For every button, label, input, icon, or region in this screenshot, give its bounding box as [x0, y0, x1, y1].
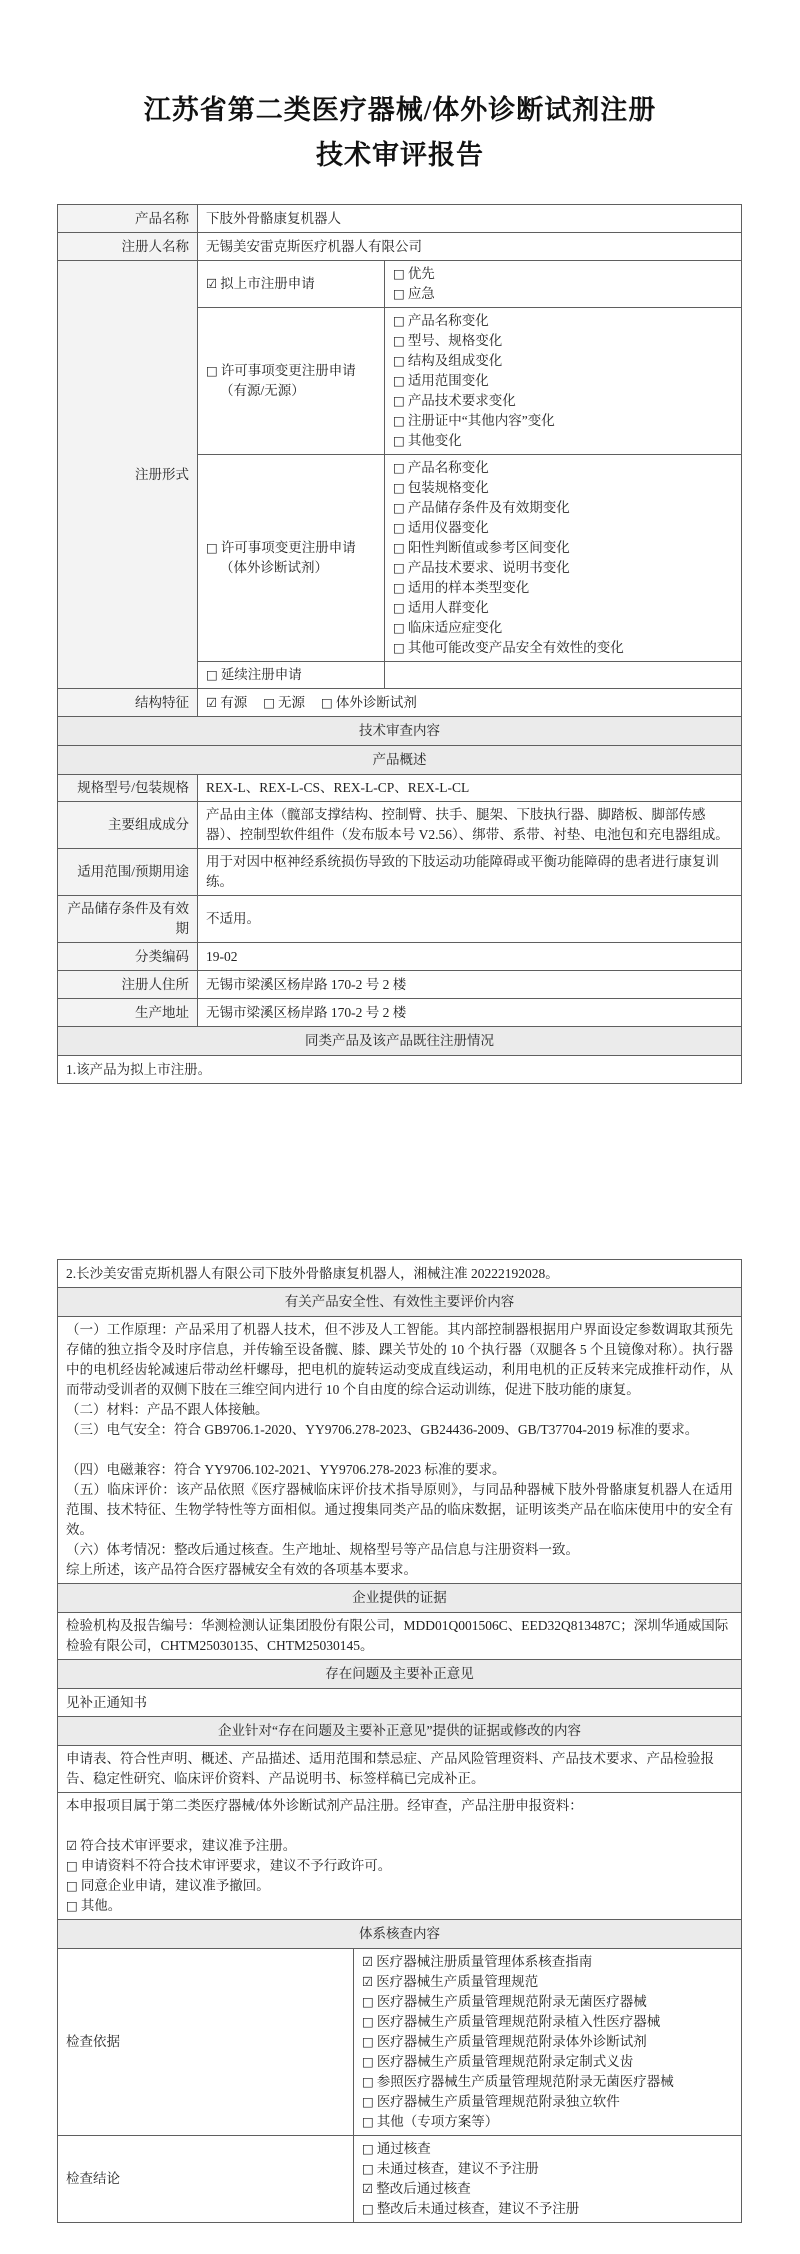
unchecked-checkbox-item: □产品储存条件及有效期变化 — [393, 498, 733, 518]
checkbox-icon: □ — [393, 393, 405, 408]
unchecked-checkbox-item: □产品技术要求变化 — [393, 391, 733, 411]
unchecked-checkbox-item: □参照医疗器械生产质量管理规范附录无菌医疗器械 — [362, 2072, 733, 2092]
page-title-line1: 江苏省第二类医疗器械/体外诊断试剂注册 — [0, 88, 800, 133]
checkbox-icon: □ — [66, 1858, 78, 1873]
issues-text: 见补正通知书 — [58, 1689, 742, 1717]
checkbox-label: 结构及组成变化 — [408, 353, 503, 368]
checkbox-label: 应急 — [408, 286, 435, 301]
unchecked-checkbox-item: □适用人群变化 — [393, 598, 733, 618]
unchecked-checkbox-item: □未通过核查，建议不予注册 — [362, 2159, 733, 2179]
inspection-conclusion-options: □通过核查□未通过核查，建议不予注册☑整改后通过核查□整改后未通过核查，建议不予… — [354, 2136, 742, 2223]
checkbox-label: 型号、规格变化 — [408, 333, 503, 348]
checkbox-icon: □ — [206, 667, 218, 682]
table-row: 结构特征 ☑有源□无源□体外诊断试剂 — [58, 689, 742, 717]
table-row: 本申报项目属于第二类医疗器械/体外诊断试剂产品注册。经审查，产品注册申报资料： … — [58, 1793, 742, 1920]
unchecked-checkbox-item: □产品名称变化 — [393, 458, 733, 478]
section-header-product-overview: 产品概述 — [58, 746, 742, 775]
checkbox-icon: □ — [362, 2014, 374, 2029]
unchecked-checkbox-item: □医疗器械生产质量管理规范附录植入性医疗器械 — [362, 2012, 733, 2032]
checkbox-label: 医疗器械生产质量管理规范 — [376, 1974, 538, 1989]
unchecked-checkbox-item: □申请资料不符合技术审评要求，建议不予行政许可。 — [66, 1856, 733, 1876]
structure-feature-options: ☑有源□无源□体外诊断试剂 — [198, 689, 742, 717]
table-row: 企业针对“存在问题及主要补正意见”提供的证据或修改的内容 — [58, 1717, 742, 1746]
paragraph: （三）电气安全：符合 GB9706.1-2020、YY9706.278-2023… — [66, 1420, 733, 1440]
unchecked-checkbox-item: □医疗器械生产质量管理规范附录体外诊断试剂 — [362, 2032, 733, 2052]
checkbox-icon: □ — [321, 695, 333, 710]
table-row: 企业提供的证据 — [58, 1584, 742, 1613]
section-header-safety-evaluation: 有关产品安全性、有效性主要评价内容 — [58, 1288, 742, 1317]
registration-info-table: 产品名称 下肢外骨骼康复机器人 注册人名称 无锡美安雷克斯医疗机器人有限公司 注… — [57, 204, 742, 1084]
registrant-name-label: 注册人名称 — [58, 233, 198, 261]
checkbox-icon: □ — [66, 1898, 78, 1913]
checkbox-icon: □ — [362, 1994, 374, 2009]
table-row: 产品储存条件及有效期 不适用。 — [58, 896, 742, 943]
change-active-title: □许可事项变更注册申请 — [206, 361, 376, 381]
change-active-options-cell: □产品名称变化□型号、规格变化□结构及组成变化□适用范围变化□产品技术要求变化□… — [385, 308, 742, 455]
checkbox-icon: □ — [362, 2141, 374, 2156]
checkbox-label: 无源 — [278, 695, 305, 710]
table-row: 适用范围/预期用途 用于对因中枢神经系统损伤导致的下肢运动功能障碍或平衡功能障碍… — [58, 849, 742, 896]
table-row: 产品名称 下肢外骨骼康复机器人 — [58, 205, 742, 233]
checkbox-label: 产品名称变化 — [408, 460, 489, 475]
table-row: 有关产品安全性、有效性主要评价内容 — [58, 1288, 742, 1317]
table-row: 分类编码 19-02 — [58, 943, 742, 971]
checkbox-icon: □ — [263, 695, 275, 710]
section-header-enterprise-evidence: 企业提供的证据 — [58, 1584, 742, 1613]
class-code-value: 19-02 — [198, 943, 742, 971]
unchecked-checkbox-item: □无源 — [263, 693, 305, 713]
checkbox-label: 包装规格变化 — [408, 480, 489, 495]
checked-checkbox-item: ☑医疗器械生产质量管理规范 — [362, 1972, 733, 1992]
checkbox-label: 医疗器械生产质量管理规范附录植入性医疗器械 — [377, 2014, 661, 2029]
table-row: 规格型号/包装规格 REX-L、REX-L-CS、REX-L-CP、REX-L-… — [58, 775, 742, 802]
checkbox-label: 延续注册申请 — [221, 667, 302, 682]
checkbox-label: 适用范围变化 — [408, 373, 489, 388]
checkbox-label: 符合技术审评要求，建议准予注册。 — [80, 1838, 296, 1853]
checkbox-label: 医疗器械生产质量管理规范附录独立软件 — [377, 2094, 620, 2109]
checkbox-icon: □ — [362, 2074, 374, 2089]
paragraph: （二）材料：产品不跟人体接触。 — [66, 1400, 733, 1420]
inspection-conclusion-label: 检查结论 — [58, 2136, 354, 2223]
storage-label: 产品储存条件及有效期 — [58, 896, 198, 943]
unchecked-checkbox-item: □通过核查 — [362, 2139, 733, 2159]
checkbox-label: 许可事项变更注册申请 — [221, 540, 356, 555]
structure-feature-label: 结构特征 — [58, 689, 198, 717]
unchecked-checkbox-item: □产品名称变化 — [393, 311, 733, 331]
unchecked-checkbox-item: □其他。 — [66, 1896, 733, 1916]
checkbox-label: 产品储存条件及有效期变化 — [408, 500, 570, 515]
checkbox-icon: □ — [393, 640, 405, 655]
checkbox-icon: □ — [362, 2034, 374, 2049]
table-row: 见补正通知书 — [58, 1689, 742, 1717]
checkbox-label: 产品技术要求变化 — [408, 393, 516, 408]
unchecked-checkbox-item: □注册证中“其他内容”变化 — [393, 411, 733, 431]
checkbox-label: 体外诊断试剂 — [336, 695, 417, 710]
checkbox-label: 其他可能改变产品安全有效性的变化 — [408, 640, 624, 655]
registrant-address-label: 注册人住所 — [58, 971, 198, 999]
paragraph: （六）体考情况：整改后通过核查。生产地址、规格型号等产品信息与注册资料一致。 — [66, 1540, 733, 1560]
checkbox-label: 其他（专项方案等） — [377, 2114, 499, 2129]
unchecked-checkbox-item: □医疗器械生产质量管理规范附录定制式义齿 — [362, 2052, 733, 2072]
checkbox-label: 医疗器械生产质量管理规范附录定制式义齿 — [377, 2054, 634, 2069]
checkbox-label: 拟上市注册申请 — [220, 276, 315, 291]
checkbox-label: 优先 — [408, 266, 435, 281]
checkbox-icon: □ — [393, 500, 405, 515]
review-conclusion-intro: 本申报项目属于第二类医疗器械/体外诊断试剂产品注册。经审查，产品注册申报资料： — [66, 1796, 733, 1816]
section-header-prior-registration: 同类产品及该产品既往注册情况 — [58, 1027, 742, 1056]
registration-form-label: 注册形式 — [58, 261, 198, 689]
checkbox-label: 其他。 — [81, 1898, 122, 1913]
checkbox-label: 医疗器械生产质量管理规范附录体外诊断试剂 — [377, 2034, 647, 2049]
class-code-label: 分类编码 — [58, 943, 198, 971]
review-conclusion-cell: 本申报项目属于第二类医疗器械/体外诊断试剂产品注册。经审查，产品注册申报资料： … — [58, 1793, 742, 1920]
checkbox-icon: □ — [362, 2094, 374, 2109]
reg-form-renewal-empty-cell — [385, 662, 742, 689]
section-header-issues: 存在问题及主要补正意见 — [58, 1660, 742, 1689]
spec-model-label: 规格型号/包装规格 — [58, 775, 198, 802]
unchecked-checkbox-item: □整改后未通过核查，建议不予注册 — [362, 2199, 733, 2219]
unchecked-checkbox-item: □产品技术要求、说明书变化 — [393, 558, 733, 578]
checkbox-icon: □ — [393, 333, 405, 348]
checkbox-icon: □ — [393, 373, 405, 388]
table-row: 体系核查内容 — [58, 1920, 742, 1949]
checked-checkbox-icon: ☑ — [206, 695, 217, 710]
paragraph: （一）工作原理：产品采用了机器人技术，但不涉及人工智能。其内部控制器根据用户界面… — [66, 1320, 733, 1400]
checkbox-label: 医疗器械生产质量管理规范附录无菌医疗器械 — [377, 1994, 647, 2009]
section-header-system-inspection: 体系核查内容 — [58, 1920, 742, 1949]
checkbox-icon: □ — [393, 520, 405, 535]
unchecked-checkbox-item: □许可事项变更注册申请 — [206, 361, 376, 381]
unchecked-checkbox-item: □临床适应症变化 — [393, 618, 733, 638]
checkbox-label: 通过核查 — [377, 2141, 431, 2156]
checkbox-label: 许可事项变更注册申请 — [221, 363, 356, 378]
unchecked-checkbox-item: □适用范围变化 — [393, 371, 733, 391]
table-row: 主要组成成分 产品由主体（髋部支撑结构、控制臂、扶手、腿架、下肢执行器、脚踏板、… — [58, 802, 742, 849]
checkbox-icon: □ — [393, 266, 405, 281]
checkbox-label: 适用的样本类型变化 — [408, 580, 530, 595]
paragraph: 综上所述，该产品符合医疗器械安全有效的各项基本要求。 — [66, 1560, 733, 1580]
scope-label: 适用范围/预期用途 — [58, 849, 198, 896]
registrant-address-value: 无锡市梁溪区杨岸路 170-2 号 2 楼 — [198, 971, 742, 999]
review-conclusion-options: ☑符合技术审评要求，建议准予注册。□申请资料不符合技术审评要求，建议不予行政许可… — [66, 1836, 733, 1916]
page-title: 江苏省第二类医疗器械/体外诊断试剂注册 技术审评报告 — [0, 88, 800, 178]
checkbox-icon: □ — [393, 286, 405, 301]
components-label: 主要组成成分 — [58, 802, 198, 849]
table-row: 生产地址 无锡市梁溪区杨岸路 170-2 号 2 楼 — [58, 999, 742, 1027]
table-row: 1.该产品为拟上市注册。 — [58, 1056, 742, 1084]
table-row: 注册人名称 无锡美安雷克斯医疗机器人有限公司 — [58, 233, 742, 261]
unchecked-checkbox-item: □其他变化 — [393, 431, 733, 451]
checked-checkbox-item: ☑拟上市注册申请 — [206, 274, 376, 294]
unchecked-checkbox-item: □包装规格变化 — [393, 478, 733, 498]
checkbox-label: 产品名称变化 — [408, 313, 489, 328]
checkbox-icon: □ — [393, 580, 405, 595]
section-header-enterprise-response: 企业针对“存在问题及主要补正意见”提供的证据或修改的内容 — [58, 1717, 742, 1746]
checkbox-label: 阳性判断值或参考区间变化 — [408, 540, 570, 555]
registrant-name-value: 无锡美安雷克斯医疗机器人有限公司 — [198, 233, 742, 261]
unchecked-checkbox-item: □优先 — [393, 264, 733, 284]
reg-form-change-active-cell: □许可事项变更注册申请 （有源/无源） — [198, 308, 385, 455]
checkbox-label: 临床适应症变化 — [408, 620, 503, 635]
unchecked-checkbox-item: □适用仪器变化 — [393, 518, 733, 538]
inspection-basis-options: ☑医疗器械注册质量管理体系核查指南☑医疗器械生产质量管理规范□医疗器械生产质量管… — [354, 1949, 742, 2136]
unchecked-checkbox-item: □阳性判断值或参考区间变化 — [393, 538, 733, 558]
checkbox-label: 参照医疗器械生产质量管理规范附录无菌医疗器械 — [377, 2074, 674, 2089]
checked-checkbox-icon: ☑ — [362, 1974, 373, 1989]
checkbox-icon: □ — [66, 1878, 78, 1893]
table-row: 检查依据 ☑医疗器械注册质量管理体系核查指南☑医疗器械生产质量管理规范□医疗器械… — [58, 1949, 742, 2136]
checkbox-icon: □ — [206, 540, 218, 555]
checkbox-icon: □ — [393, 460, 405, 475]
checkbox-label: 适用仪器变化 — [408, 520, 489, 535]
production-address-value: 无锡市梁溪区杨岸路 170-2 号 2 楼 — [198, 999, 742, 1027]
product-name-label: 产品名称 — [58, 205, 198, 233]
checkbox-label: 医疗器械注册质量管理体系核查指南 — [376, 1954, 592, 1969]
reg-form-proposed-cell: ☑拟上市注册申请 — [198, 261, 385, 308]
checkbox-icon: □ — [393, 413, 405, 428]
reg-form-change-ivd-cell: □许可事项变更注册申请 （体外诊断试剂） — [198, 455, 385, 662]
checked-checkbox-icon: ☑ — [206, 276, 217, 291]
checkbox-label: 整改后未通过核查，建议不予注册 — [377, 2201, 580, 2216]
checkbox-icon: □ — [362, 2161, 374, 2176]
checked-checkbox-item: ☑整改后通过核查 — [362, 2179, 733, 2199]
prior-registration-note-1: 1.该产品为拟上市注册。 — [58, 1056, 742, 1084]
unchecked-checkbox-item: □型号、规格变化 — [393, 331, 733, 351]
checked-checkbox-icon: ☑ — [362, 2181, 373, 2196]
enterprise-response-text: 申请表、符合性声明、概述、产品描述、适用范围和禁忌症、产品风险管理资料、产品技术… — [58, 1746, 742, 1793]
checkbox-icon: □ — [393, 560, 405, 575]
checkbox-label: 其他变化 — [408, 433, 462, 448]
table-row: 2.长沙美安雷克斯机器人有限公司下肢外骨骼康复机器人，湘械注准 20222192… — [58, 1260, 742, 1288]
table-row: 注册人住所 无锡市梁溪区杨岸路 170-2 号 2 楼 — [58, 971, 742, 999]
checkbox-label: 申请资料不符合技术审评要求，建议不予行政许可。 — [81, 1858, 392, 1873]
unchecked-checkbox-item: □其他（专项方案等） — [362, 2112, 733, 2132]
safety-evaluation-content: （一）工作原理：产品采用了机器人技术，但不涉及人工智能。其内部控制器根据用户界面… — [58, 1317, 742, 1584]
checked-checkbox-item: ☑符合技术审评要求，建议准予注册。 — [66, 1836, 733, 1856]
checkbox-icon: □ — [393, 313, 405, 328]
section-header-technical-review: 技术审查内容 — [58, 717, 742, 746]
unchecked-checkbox-item: □其他可能改变产品安全有效性的变化 — [393, 638, 733, 658]
checked-checkbox-icon: ☑ — [66, 1838, 77, 1853]
spacer — [66, 1816, 733, 1836]
components-value: 产品由主体（髋部支撑结构、控制臂、扶手、腿架、下肢执行器、脚踏板、脚部传感器）、… — [198, 802, 742, 849]
unchecked-checkbox-item: □应急 — [393, 284, 733, 304]
checked-checkbox-item: ☑医疗器械注册质量管理体系核查指南 — [362, 1952, 733, 1972]
paragraph: （五）临床评价：该产品依照《医疗器械临床评价技术指导原则》，与同品种器械下肢外骨… — [66, 1480, 733, 1540]
unchecked-checkbox-item: □结构及组成变化 — [393, 351, 733, 371]
checkbox-icon: □ — [393, 433, 405, 448]
checkbox-label: 整改后通过核查 — [376, 2181, 471, 2196]
unchecked-checkbox-item: □同意企业申请，建议准予撤回。 — [66, 1876, 733, 1896]
checked-checkbox-item: ☑有源 — [206, 693, 247, 713]
checkbox-icon: □ — [393, 540, 405, 555]
reg-form-proposed-options-cell: □优先□应急 — [385, 261, 742, 308]
checkbox-icon: □ — [393, 620, 405, 635]
production-address-label: 生产地址 — [58, 999, 198, 1027]
checked-checkbox-icon: ☑ — [362, 1954, 373, 1969]
reg-form-renewal-cell: □延续注册申请 — [198, 662, 385, 689]
storage-value: 不适用。 — [198, 896, 742, 943]
table-row: 同类产品及该产品既往注册情况 — [58, 1027, 742, 1056]
checkbox-label: 产品技术要求、说明书变化 — [408, 560, 570, 575]
table-row: 技术审查内容 — [58, 717, 742, 746]
checkbox-label: 注册证中“其他内容”变化 — [408, 413, 555, 428]
checkbox-icon: □ — [393, 353, 405, 368]
enterprise-evidence-text: 检验机构及报告编号：华测检测认证集团股份有限公司，MDD01Q001506C、E… — [58, 1613, 742, 1660]
table-row: 产品概述 — [58, 746, 742, 775]
spec-model-value: REX-L、REX-L-CS、REX-L-CP、REX-L-CL — [198, 775, 742, 802]
unchecked-checkbox-item: □体外诊断试剂 — [321, 693, 417, 713]
evaluation-table: 2.长沙美安雷克斯机器人有限公司下肢外骨骼康复机器人，湘械注准 20222192… — [57, 1259, 742, 2223]
prior-registration-note-2: 2.长沙美安雷克斯机器人有限公司下肢外骨骼康复机器人，湘械注准 20222192… — [58, 1260, 742, 1288]
checkbox-icon: □ — [393, 600, 405, 615]
unchecked-checkbox-item: □医疗器械生产质量管理规范附录无菌医疗器械 — [362, 1992, 733, 2012]
change-ivd-title: □许可事项变更注册申请 — [206, 538, 376, 558]
checkbox-label: 有源 — [220, 695, 247, 710]
checkbox-icon: □ — [393, 480, 405, 495]
document-page: 江苏省第二类医疗器械/体外诊断试剂注册 技术审评报告 产品名称 下肢外骨骼康复机… — [0, 0, 800, 2223]
unchecked-checkbox-item: □许可事项变更注册申请 — [206, 538, 376, 558]
checkbox-icon: □ — [362, 2054, 374, 2069]
unchecked-checkbox-item: □医疗器械生产质量管理规范附录独立软件 — [362, 2092, 733, 2112]
unchecked-checkbox-item: □延续注册申请 — [206, 665, 376, 685]
table-row: 检查结论 □通过核查□未通过核查，建议不予注册☑整改后通过核查□整改后未通过核查… — [58, 2136, 742, 2223]
checkbox-icon: □ — [206, 363, 218, 378]
unchecked-checkbox-item: □适用的样本类型变化 — [393, 578, 733, 598]
scope-value: 用于对因中枢神经系统损伤导致的下肢运动功能障碍或平衡功能障碍的患者进行康复训练。 — [198, 849, 742, 896]
change-ivd-note: （体外诊断试剂） — [206, 558, 376, 578]
table-row: 存在问题及主要补正意见 — [58, 1660, 742, 1689]
checkbox-icon: □ — [362, 2201, 374, 2216]
inspection-basis-label: 检查依据 — [58, 1949, 354, 2136]
table-row: （一）工作原理：产品采用了机器人技术，但不涉及人工智能。其内部控制器根据用户界面… — [58, 1317, 742, 1584]
checkbox-label: 同意企业申请，建议准予撤回。 — [81, 1878, 270, 1893]
checkbox-label: 适用人群变化 — [408, 600, 489, 615]
page-title-line2: 技术审评报告 — [0, 133, 800, 178]
table-row: 申请表、符合性声明、概述、产品描述、适用范围和禁忌症、产品风险管理资料、产品技术… — [58, 1746, 742, 1793]
checkbox-label: 未通过核查，建议不予注册 — [377, 2161, 539, 2176]
paragraph: （四）电磁兼容：符合 YY9706.102-2021、YY9706.278-20… — [66, 1460, 733, 1480]
change-active-note: （有源/无源） — [206, 381, 376, 401]
product-name-value: 下肢外骨骼康复机器人 — [198, 205, 742, 233]
table-row: 检验机构及报告编号：华测检测认证集团股份有限公司，MDD01Q001506C、E… — [58, 1613, 742, 1660]
paragraph — [66, 1440, 733, 1460]
checkbox-icon: □ — [362, 2114, 374, 2129]
change-ivd-options-cell: □产品名称变化□包装规格变化□产品储存条件及有效期变化□适用仪器变化□阳性判断值… — [385, 455, 742, 662]
table-row: 注册形式 ☑拟上市注册申请 □优先□应急 — [58, 261, 742, 308]
